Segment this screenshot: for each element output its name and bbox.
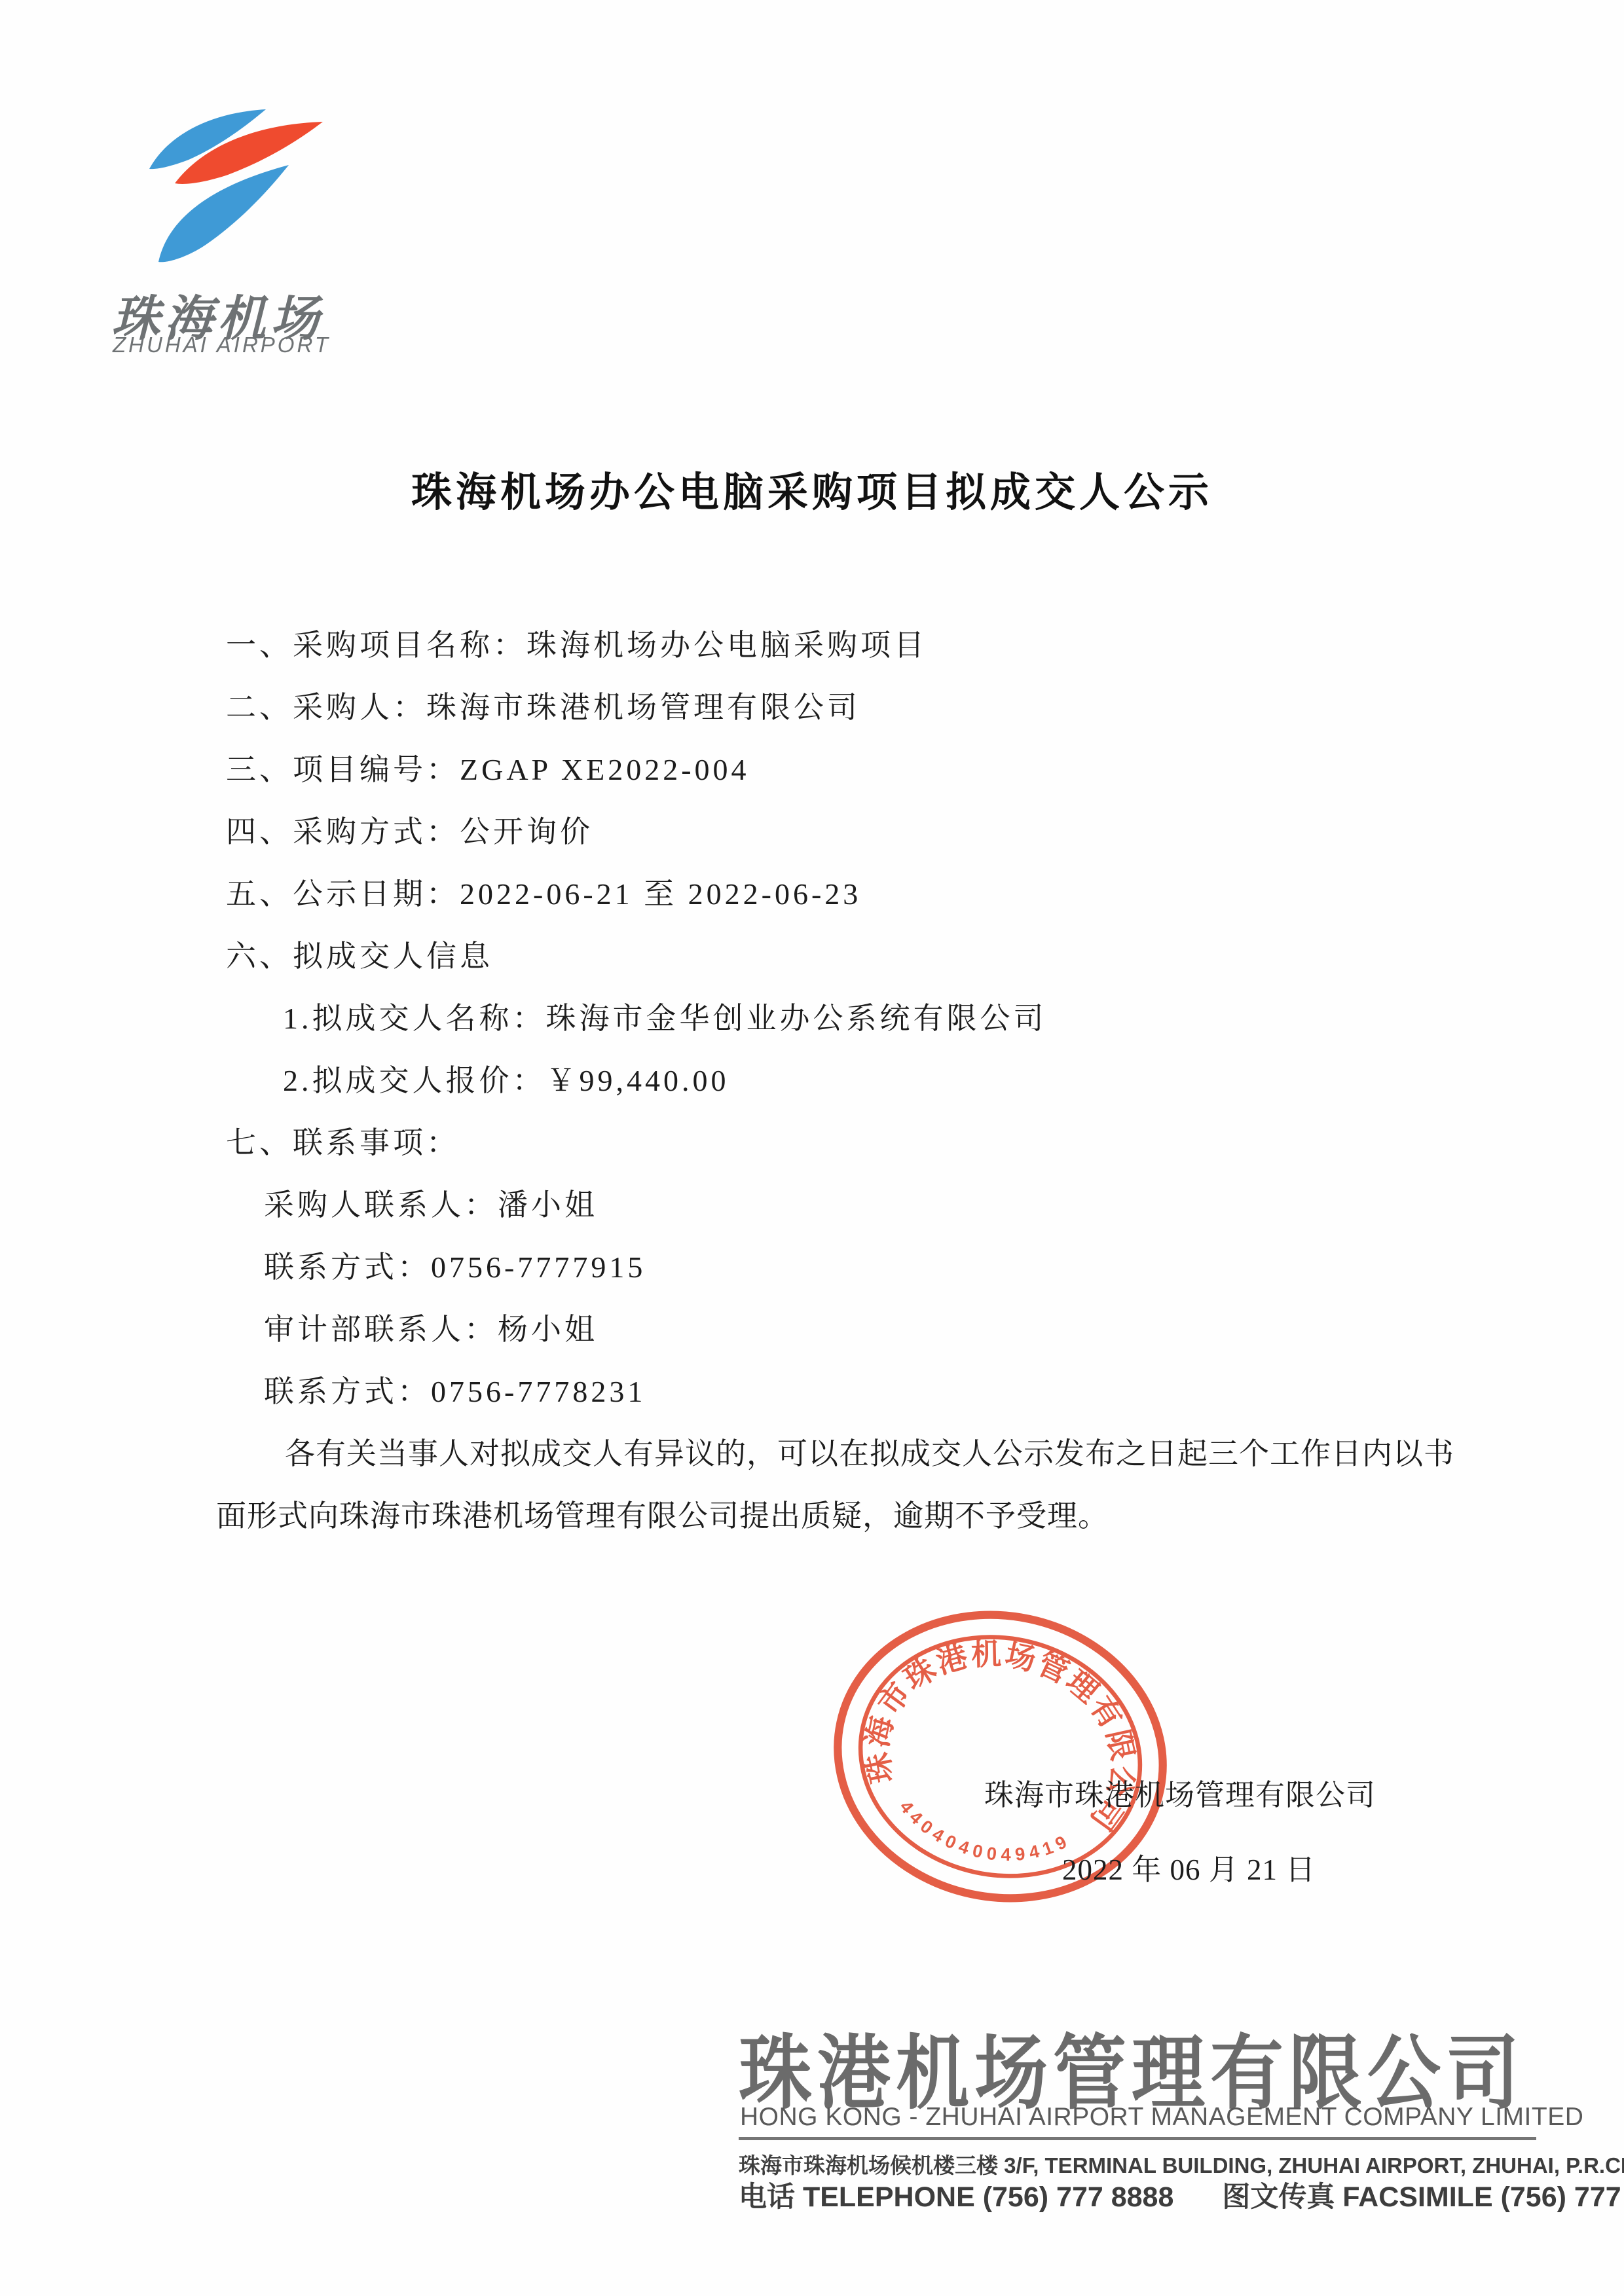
signature-company-name: 珠海市珠港机场管理有限公司 <box>984 1776 1376 1815</box>
item-publicity-period: 五、公示日期：2022-06-21 至 2022-06-23 <box>0 863 1624 925</box>
item-winner-info-header: 六、拟成交人信息 <box>0 925 1624 987</box>
item-project-name: 一、采购项目名称：珠海机场办公电脑采购项目 <box>0 614 1624 676</box>
item-procurement-method: 四、采购方式：公开询价 <box>0 801 1624 863</box>
footer-facsimile: 图文传真 FACSIMILE (756) 777 8325 <box>1222 2181 1624 2213</box>
item-contact-header: 七、联系事项： <box>0 1112 1624 1174</box>
contact-purchaser-phone: 联系方式：0756-7777915 <box>0 1236 1624 1298</box>
contact-audit-person: 审计部联系人：杨小姐 <box>0 1298 1624 1360</box>
document-body: 一、采购项目名称：珠海机场办公电脑采购项目 二、采购人：珠海市珠港机场管理有限公… <box>0 614 1624 1547</box>
footer-divider <box>739 2137 1536 2140</box>
item-winner-price: 2.拟成交人报价：￥99,440.00 <box>0 1049 1624 1112</box>
contact-purchaser-person: 采购人联系人：潘小姐 <box>0 1174 1624 1236</box>
footer-company-en: HONG KONG - ZHUHAI AIRPORT MANAGEMENT CO… <box>740 2103 1583 2132</box>
signature-date: 2022 年 06 月 21 日 <box>1062 1850 1316 1889</box>
objection-paragraph-line2: 面形式向珠海市珠港机场管理有限公司提出质疑，逾期不予受理。 <box>0 1485 1624 1547</box>
logo-english-name: ZHUHAI AIRPORT <box>113 333 361 357</box>
item-purchaser: 二、采购人：珠海市珠港机场管理有限公司 <box>0 676 1624 738</box>
item-winner-name: 1.拟成交人名称：珠海市金华创业办公系统有限公司 <box>0 987 1624 1049</box>
company-seal-stamp: 珠海市珠港机场管理有限公司 4404040049419 <box>786 1561 1215 1952</box>
airport-swoosh-icon <box>138 98 334 295</box>
contact-audit-phone: 联系方式：0756-7778231 <box>0 1360 1624 1423</box>
objection-paragraph-line1: 各有关当事人对拟成交人有异议的，可以在拟成交人公示发布之日起三个工作日内以书 <box>0 1423 1624 1485</box>
footer-phone-fax: 电话 TELEPHONE (756) 777 8888 图文传真 FACSIMI… <box>739 2175 1624 2215</box>
item-project-number: 三、项目编号：ZGAP XE2022-004 <box>0 738 1624 801</box>
zhuhai-airport-logo: 珠海机场 ZHUHAI AIRPORT <box>98 92 373 373</box>
footer-telephone: 电话 TELEPHONE (756) 777 8888 <box>739 2181 1173 2213</box>
document-page: 珠海机场 ZHUHAI AIRPORT 珠海机场办公电脑采购项目拟成交人公示 一… <box>0 0 1624 2296</box>
document-title: 珠海机场办公电脑采购项目拟成交人公示 <box>0 460 1624 518</box>
